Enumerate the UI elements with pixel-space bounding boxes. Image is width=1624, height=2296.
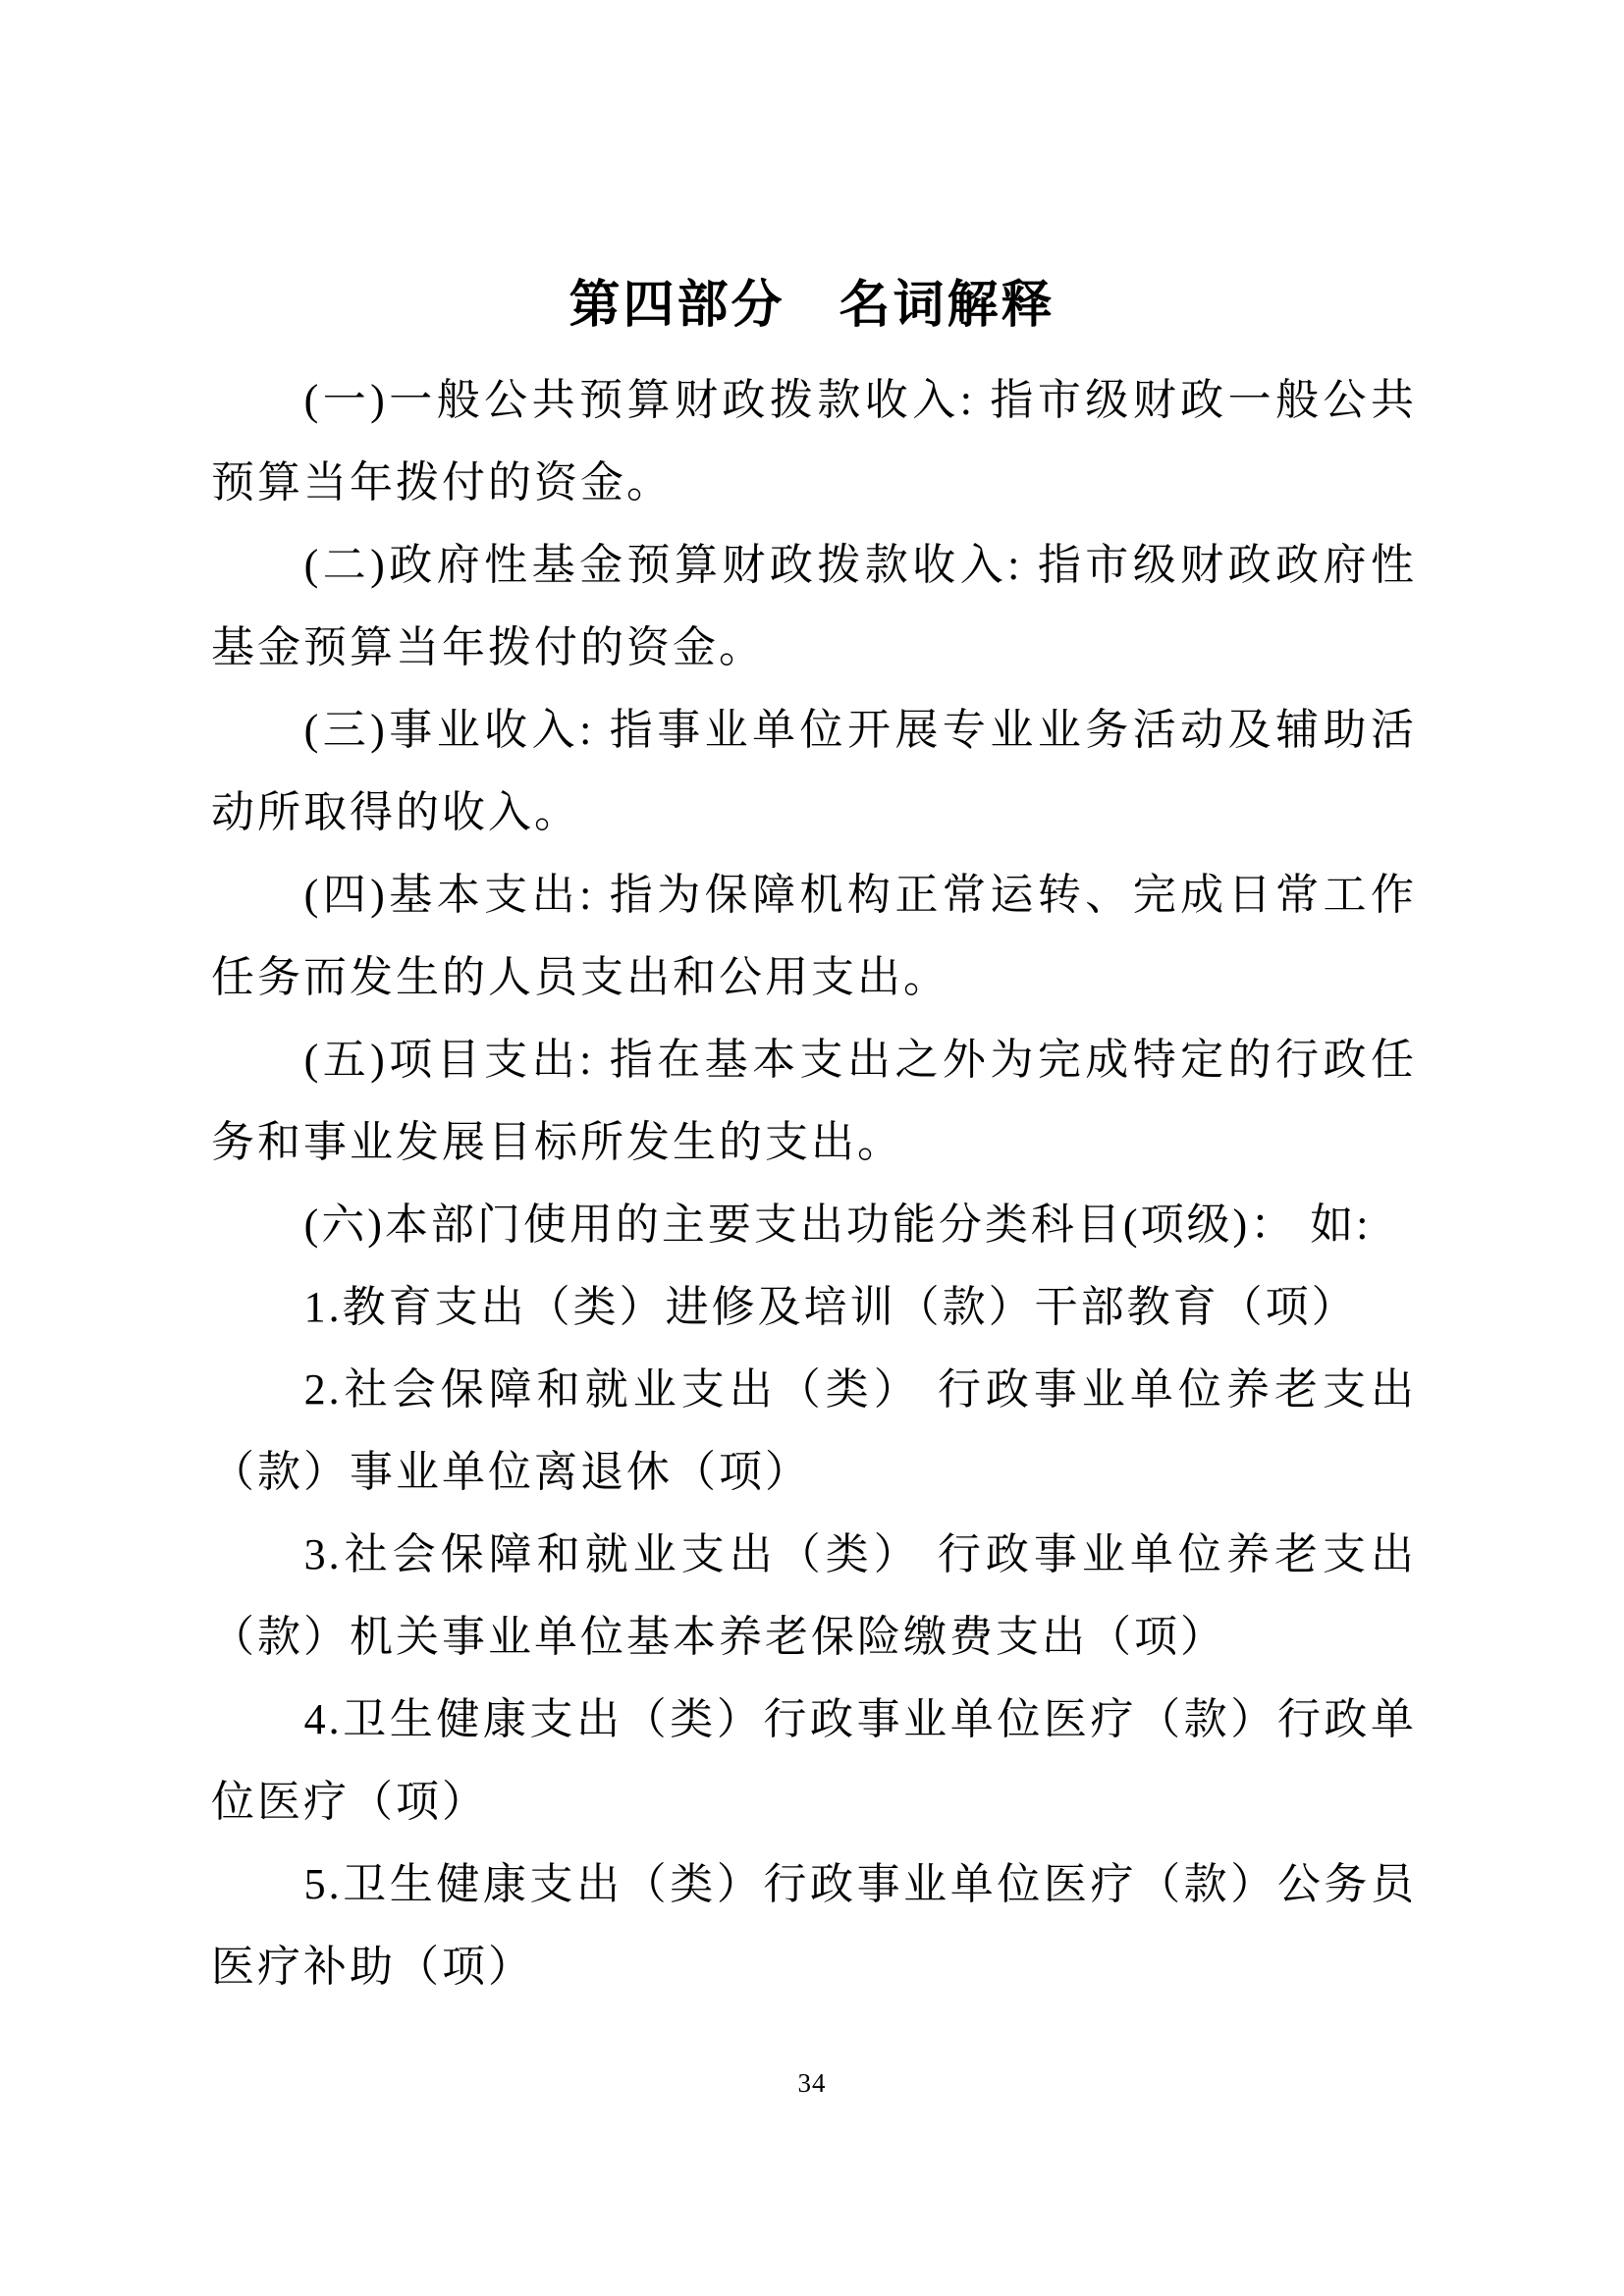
list-item-4: 4.卫生健康支出（类）行政事业单位医疗（款）行政单位医疗（项）	[211, 1679, 1417, 1843]
paragraph-definition-6: (六)本部门使用的主要支出功能分类科目(项级)： 如:	[211, 1184, 1417, 1266]
paragraph-definition-1: (一)一般公共预算财政拨款收入: 指市级财政一般公共预算当年拨付的资金。	[211, 359, 1417, 524]
list-item-5: 5.卫生健康支出（类）行政事业单位医疗（款）公务员医疗补助（项）	[211, 1843, 1417, 2008]
paragraph-definition-2: (二)政府性基金预算财政拨款收入: 指市级财政政府性基金预算当年拨付的资金。	[211, 524, 1417, 689]
list-item-1: 1.教育支出（类）进修及培训（款）干部教育（项）	[211, 1266, 1417, 1349]
document-page: 第四部分 名词解释 (一)一般公共预算财政拨款收入: 指市级财政一般公共预算当年…	[0, 0, 1624, 2296]
paragraph-definition-3: (三)事业收入: 指事业单位开展专业业务活动及辅助活动所取得的收入。	[211, 689, 1417, 854]
list-item-3: 3.社会保障和就业支出（类） 行政事业单位养老支出（款）机关事业单位基本养老保险…	[211, 1514, 1417, 1679]
paragraph-definition-4: (四)基本支出: 指为保障机构正常运转、完成日常工作任务而发生的人员支出和公用支…	[211, 854, 1417, 1019]
list-item-2: 2.社会保障和就业支出（类） 行政事业单位养老支出（款）事业单位离退休（项）	[211, 1349, 1417, 1514]
paragraph-definition-5: (五)项目支出: 指在基本支出之外为完成特定的行政任务和事业发展目标所发生的支出…	[211, 1019, 1417, 1184]
page-title: 第四部分 名词解释	[0, 267, 1624, 344]
page-number: 34	[0, 2065, 1624, 2101]
document-body: (一)一般公共预算财政拨款收入: 指市级财政一般公共预算当年拨付的资金。 (二)…	[211, 359, 1417, 2008]
